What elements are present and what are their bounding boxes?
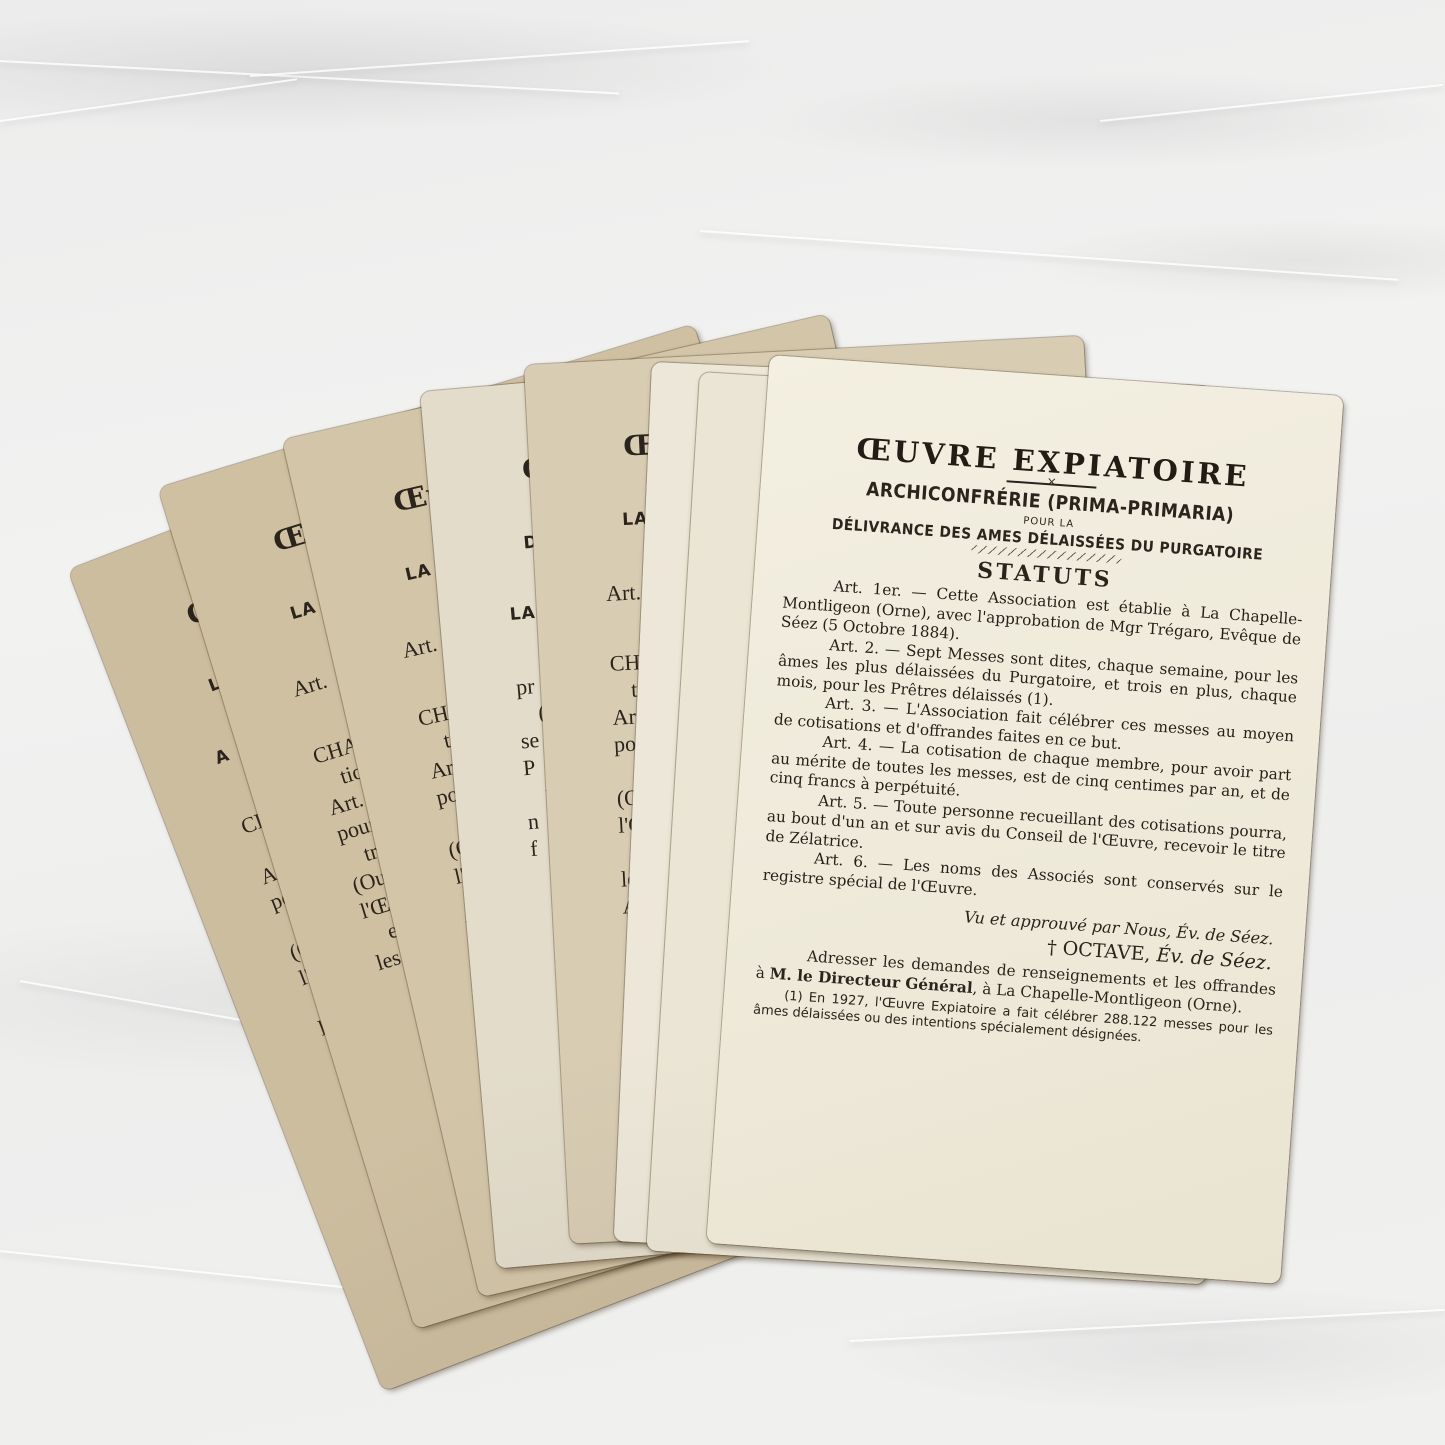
tissue-crease <box>850 1309 1444 1342</box>
signature-title: Év. de Séez. <box>1156 944 1273 974</box>
articles-list: Art. 1er. — Cette Association est établi… <box>762 574 1303 922</box>
card-text-fragment: Art. <box>289 668 330 703</box>
card-text-fragment: pr <box>515 673 536 700</box>
card-text-fragment: Art. <box>400 631 440 664</box>
card-text-fragment: Art. <box>605 579 641 607</box>
signature-name: † OCTAVE, <box>1046 936 1151 965</box>
tissue-crease <box>0 78 297 122</box>
tissue-crease <box>250 40 749 77</box>
tissue-crease <box>700 230 1398 281</box>
card-text-fragment: P <box>522 754 536 781</box>
card-text-fragment: n <box>527 808 540 835</box>
card-text-fragment: f <box>529 836 539 863</box>
card-text-fragment: A <box>212 745 232 769</box>
top-card-content: ŒUVRE EXPIATOIRE ARCHICONFRÉRIE (PRIMA-P… <box>753 427 1314 1056</box>
top-prayer-card: ŒUVRE EXPIATOIRE ARCHICONFRÉRIE (PRIMA-P… <box>706 355 1343 1284</box>
card-text-fragment: LA <box>509 603 537 625</box>
tissue-crease <box>1100 84 1443 122</box>
tissue-crease <box>0 60 619 94</box>
card-text-fragment: se <box>520 727 541 754</box>
